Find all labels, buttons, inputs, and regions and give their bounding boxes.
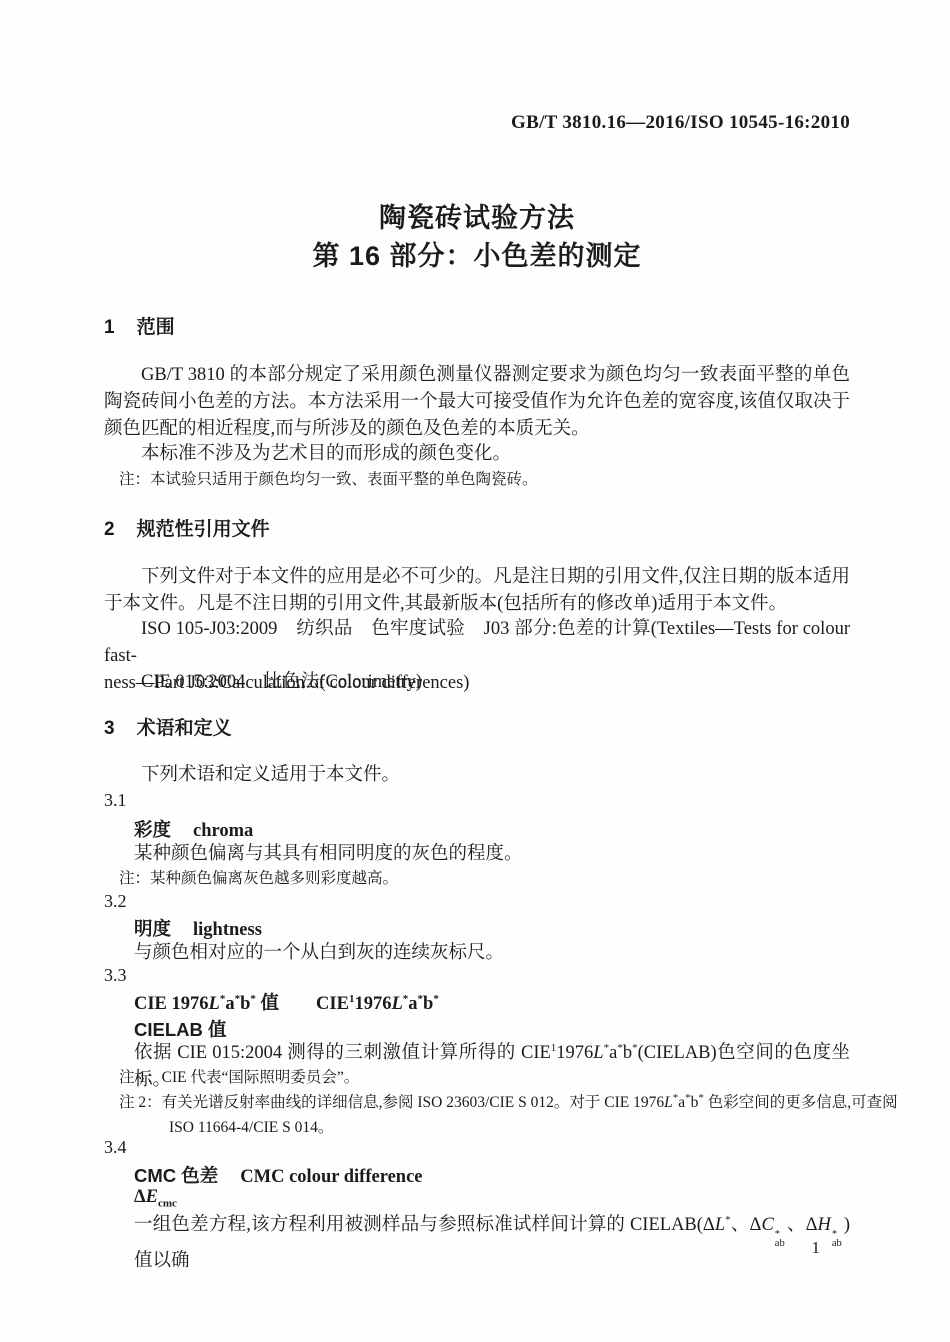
term-3-1-title: 彩度chroma xyxy=(134,816,850,842)
section2-number: 2 xyxy=(104,519,115,540)
term-3-2-en: lightness xyxy=(193,920,262,940)
term-3-4-title: CMC 色差CMC colour difference xyxy=(134,1162,850,1188)
term-3-4-number: 3.4 xyxy=(104,1137,850,1158)
term-3-3-title: CIE 1976L*a*b* 值 CIE11976L*a*b* xyxy=(134,989,850,1015)
term-3-1-number: 3.1 xyxy=(104,790,850,811)
term-3-3-number: 3.3 xyxy=(104,965,850,986)
term-3-3-note2: 注 2：有关光谱反射率曲线的详细信息,参阅 ISO 23603/CIE S 01… xyxy=(119,1090,900,1140)
term-3-2-title: 明度lightness xyxy=(134,915,850,941)
doc-title-line1: 陶瓷砖试验方法 xyxy=(104,196,850,235)
section1-title: 范围 xyxy=(137,317,175,338)
section1-heading: 1范围 xyxy=(104,312,850,339)
term-3-4-en: CMC colour difference xyxy=(240,1167,422,1187)
reference1-line1: ISO 105-J03:2009 纺织品 色牢度试验 J03 部分:色差的计算(… xyxy=(104,616,850,670)
term-3-1-zh: 彩度 xyxy=(134,819,171,840)
section3-title: 术语和定义 xyxy=(137,718,232,739)
term-3-3-note1: 注 1：CIE 代表“国际照明委员会”。 xyxy=(119,1065,850,1090)
term-3-2-definition: 与颜色相对应的一个从白到灰的连续灰标尺。 xyxy=(134,940,850,967)
page-number: 1 xyxy=(104,1238,820,1258)
document-page: GB/T 3810.16—2016/ISO 10545-16:2010 陶瓷砖试… xyxy=(0,0,950,1342)
section1-note: 注：本试验只适用于颜色均匀一致、表面平整的单色陶瓷砖。 xyxy=(119,467,850,492)
section2-paragraph1: 下列文件对于本文件的应用是必不可少的。凡是注日期的引用文件,仅注日期的版本适用于… xyxy=(104,564,850,618)
term-3-1-note: 注：某种颜色偏离灰色越多则彩度越高。 xyxy=(119,866,850,891)
section2-reference2: CIE 015:2004 比色法(Colorimetry) xyxy=(104,669,850,696)
term-3-1-en: chroma xyxy=(193,821,253,841)
term-3-1-definition: 某种颜色偏离与其具有相同明度的灰色的程度。 xyxy=(134,841,850,868)
section3-number: 3 xyxy=(104,718,115,739)
section3-intro: 下列术语和定义适用于本文件。 xyxy=(104,762,850,789)
section1-paragraph1: GB/T 3810 的本部分规定了采用颜色测量仪器测定要求为颜色均匀一致表面平整… xyxy=(104,362,850,443)
term-3-4-symbol: ΔEcmc xyxy=(134,1187,850,1208)
section3-heading: 3术语和定义 xyxy=(104,713,850,740)
section2-title: 规范性引用文件 xyxy=(137,519,270,540)
section1-paragraph2: 本标准不涉及为艺术目的而形成的颜色变化。 xyxy=(104,441,850,468)
term-3-2-number: 3.2 xyxy=(104,891,850,912)
term-3-3-alias: CIELAB 值 xyxy=(134,1016,850,1042)
term-3-2-zh: 明度 xyxy=(134,918,171,939)
doc-number: GB/T 3810.16—2016/ISO 10545-16:2010 xyxy=(104,112,850,134)
doc-title-line2: 第 16 部分：小色差的测定 xyxy=(104,234,850,273)
term-3-4-zh: CMC 色差 xyxy=(134,1165,218,1186)
section1-number: 1 xyxy=(104,317,115,338)
section2-heading: 2规范性引用文件 xyxy=(104,514,850,541)
